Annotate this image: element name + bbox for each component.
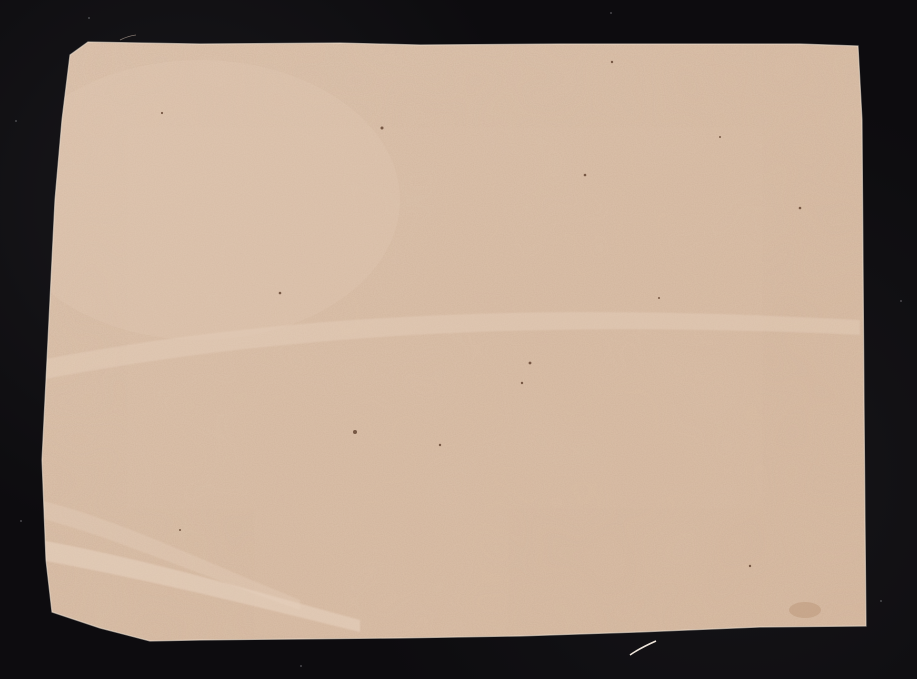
loose-fiber bbox=[630, 641, 656, 655]
paper-sheet bbox=[0, 0, 917, 679]
